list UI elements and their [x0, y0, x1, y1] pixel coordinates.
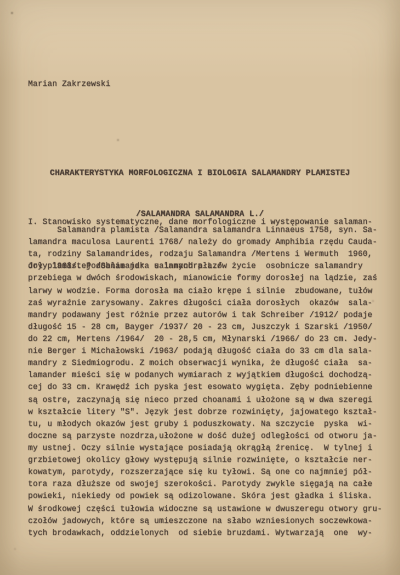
- paper-title-line1: CHARAKTERYSTYKA MORFOLOGICZNA I BIOLOGIA…: [0, 167, 400, 181]
- text-line: długość 15 - 28 cm, Bayger /1937/ 20 - 2…: [28, 322, 382, 334]
- text-line: są ostre, zaczynają się nieco przed choa…: [28, 395, 382, 407]
- text-line: W środkowej części tułowia widoczne są u…: [28, 504, 382, 516]
- text-line: mandry z Siedmiogrodu. Z moich obserwacj…: [28, 358, 382, 370]
- text-line: lamander mieści się w podanych wymiarach…: [28, 370, 382, 382]
- text-line: mandry podawany jest różnie przez autoró…: [28, 310, 382, 322]
- text-line: kowatym, parotydy, rozszerzające się ku …: [28, 467, 382, 479]
- text-line: tora raza dłuższe od swojej szerokości. …: [28, 479, 382, 491]
- text-line: tu, u młodych okazów jest gruby i podusz…: [28, 419, 382, 431]
- text-line: doczne są parzyste nozdrza,ułożone w doś…: [28, 431, 382, 443]
- scanned-paper-page: Marian Zakrzewski CHARAKTERYSTYKA MORFOL…: [0, 0, 400, 575]
- text-line: powieki, niekiedy od powiek są odizolowa…: [28, 491, 382, 503]
- text-line: cej do 33 cm. Krawędź ich pyska jest eso…: [28, 382, 382, 394]
- text-line: Salamandra plamista /Salamandra salamand…: [28, 225, 382, 237]
- text-line: przebiega w dwóch środowiskach, mianowic…: [28, 273, 382, 285]
- text-line: do 22 cm, Mertens /1964/ 20 - 28,5 cm, M…: [28, 334, 382, 346]
- body-paragraph: Salamandra plamista /Salamandra salamand…: [28, 225, 382, 540]
- text-line: grzbietowej okolicy głowy występują siln…: [28, 455, 382, 467]
- text-line: lamandra maculosa Laurenti 1768/ należy …: [28, 237, 382, 249]
- text-line: nie Berger i Michałowski /1963/ podają d…: [28, 346, 382, 358]
- author-name: Marian Zakrzewski: [28, 79, 110, 91]
- scan-speck: [14, 548, 16, 550]
- text-line: larwy w wodzie. Forma dorosła ma ciało k…: [28, 286, 382, 298]
- text-line: zaś wyraźnie zarysowany. Zakres długości…: [28, 298, 382, 310]
- text-line: ta, rodziny Salamandrides, rodzaju Salam…: [28, 249, 382, 261]
- text-line: Joly 1968/. Podobnie jak u innych płazów…: [28, 261, 382, 273]
- text-line: w kształcie litery "S". Język jest dobrz…: [28, 407, 382, 419]
- text-line: czołów jadowych, które są umieszczone na…: [28, 516, 382, 528]
- text-line: my ustnej. Oczy silnie wystające posiada…: [28, 443, 382, 455]
- text-line: tych brodawkach, oddzielonych od siebie …: [28, 528, 382, 540]
- scan-speck: [11, 12, 13, 14]
